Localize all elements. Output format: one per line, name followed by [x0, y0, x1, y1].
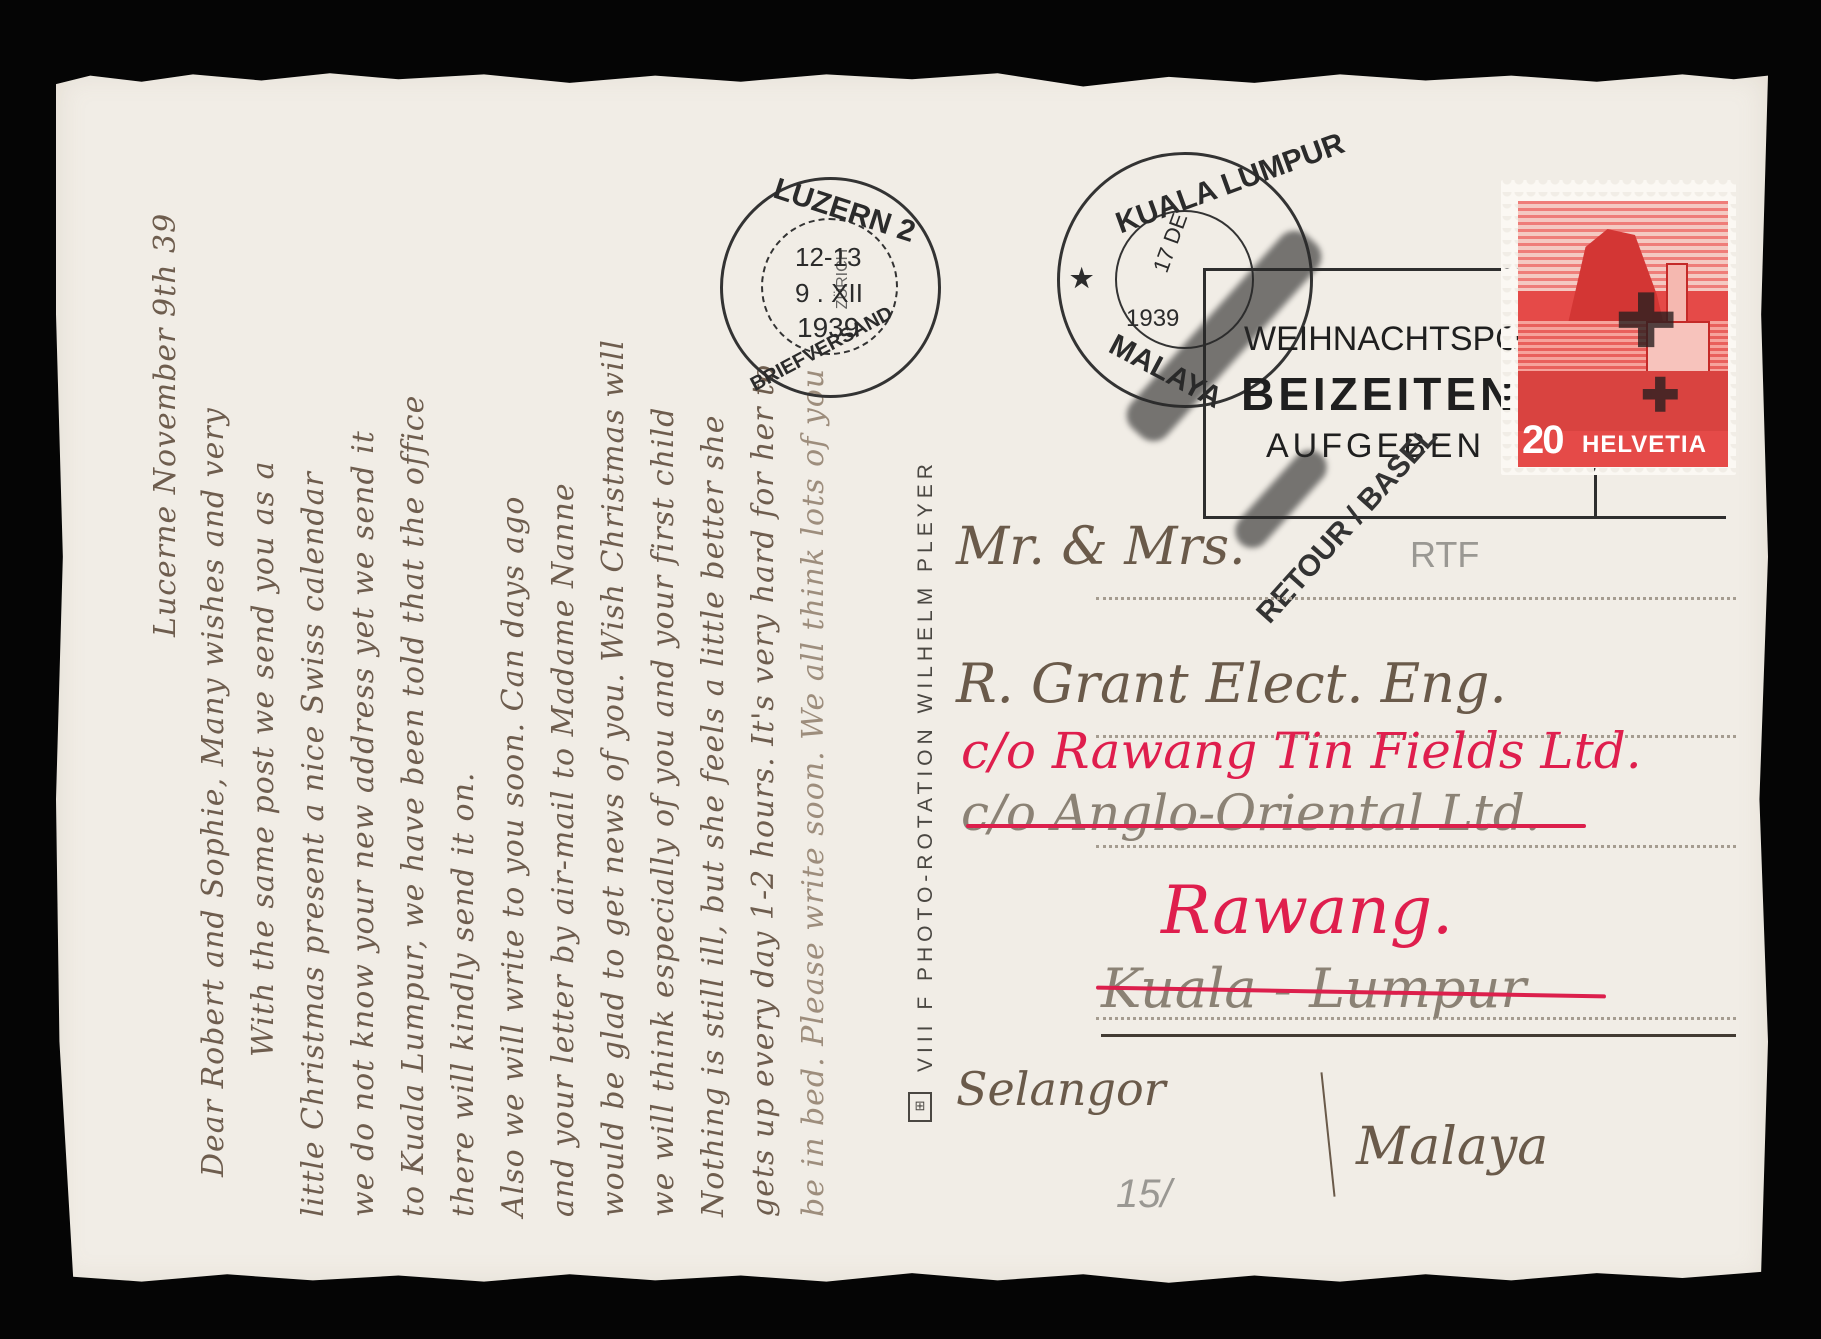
slogan-line-2: BEIZEITEN — [1241, 367, 1517, 421]
postmark-city: KUALA LUMPUR — [1111, 127, 1349, 241]
message-line: there will kindly send it on. — [449, 772, 479, 1217]
pencil-initials: RTF — [1410, 534, 1479, 576]
address-line-2: R. Grant Elect. Eng. — [956, 652, 1507, 715]
postmark-year: 1939 — [797, 312, 859, 344]
message-line: and your letter by air-mail to Madame Na… — [549, 482, 579, 1217]
message-line: Nothing is still ill, but she feels a li… — [699, 414, 729, 1217]
message-line: we do not know your new address yet we s… — [349, 430, 379, 1217]
message-line: Dear Robert and Sophie, Many wishes and … — [199, 407, 229, 1177]
message-line: we will think especially of you and your… — [649, 407, 679, 1217]
pencil-price: 15/ — [1116, 1172, 1172, 1217]
address-line-1: Mr. & Mrs. — [956, 517, 1246, 577]
message-line: With the same post we send you as a — [249, 460, 279, 1057]
stamp-country: HELVETIA — [1582, 431, 1707, 459]
swiss-cross-icon: ✚ — [1616, 286, 1676, 358]
publisher-logo-icon: ⊞ — [908, 1092, 932, 1122]
message-line: gets up every day 1-2 hours. It's very h… — [749, 364, 779, 1217]
message-line: to Kuala Lumpur, we have been told that … — [399, 395, 429, 1217]
address-state: Selangor — [956, 1062, 1166, 1116]
strikethrough-line — [966, 824, 1586, 828]
printer-imprint: VIII F PHOTO-ROTATION WILHELM PLEYER — [914, 459, 938, 1072]
message-line: would be glad to get news of you. Wish C… — [599, 339, 629, 1217]
address-rule — [1096, 597, 1736, 600]
stamp-value: 20 — [1522, 418, 1563, 463]
address-redirect: c/o Rawang Tin Fields Ltd. — [961, 722, 1642, 780]
postmark-year: 1939 — [1126, 305, 1179, 333]
postmark-date: 9 . XII — [795, 278, 863, 309]
star-icon: ★ — [1070, 263, 1093, 294]
address-country: Malaya — [1356, 1117, 1548, 1177]
address-separator — [1320, 1072, 1335, 1197]
luzern-postmark: LUZERN 2 BRIEFVERSAND 12-13 9 . XII 1939… — [720, 177, 941, 398]
message-line: Also we will write to you soon. Can days… — [499, 496, 529, 1217]
postmark-overstrike: ZÜRICH — [834, 249, 852, 309]
postcard: Lucerne November 9th 39 Dear Robert and … — [56, 72, 1768, 1284]
message-line: be in bed. Please write soon. We all thi… — [799, 368, 829, 1217]
address-new-city: Rawang. — [1161, 872, 1453, 949]
swiss-cross-icon: ✚ — [1641, 372, 1680, 418]
message-line: Lucerne November 9th 39 — [151, 213, 181, 637]
address-rule — [1096, 845, 1736, 848]
message-line: little Christmas present a nice Swiss ca… — [299, 471, 329, 1217]
address-line-3-struck: c/o Anglo-Oriental Ltd. — [961, 784, 1541, 842]
address-rule-solid — [1101, 1034, 1736, 1037]
